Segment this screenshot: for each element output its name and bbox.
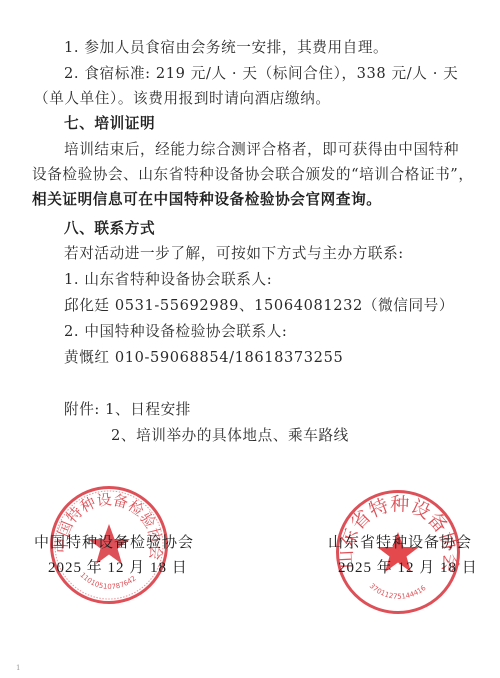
attachment-2: 2、培训举办的具体地点、乘车路线 [111,426,349,446]
signature-date-right: 2025 年 12 月 18 日 [338,556,478,577]
contact-person-2: 黄慨红 010-59068854/18618373255 [64,348,343,368]
accommodation-item-2-cont: （单人单住）。该费用报到时请向酒店缴纳。 [34,89,331,109]
attachment-1: 附件: 1、日程安排 [64,400,191,420]
seal-star-icon: 山东省特种设备协会 37011275144416 [336,490,460,614]
contact-org-1: 1. 山东省特种设备协会联系人: [64,270,272,290]
signature-org-left: 中国特种设备检验协会 [34,531,194,552]
svg-text:37011275144416: 37011275144416 [368,582,428,601]
official-seal-right: 山东省特种设备协会 37011275144416 [336,490,460,614]
page-number: 1 [16,664,20,672]
accommodation-item-1: 1. 参加人员食宿由会务统一安排，其费用自理。 [64,38,388,58]
certificate-paragraph-line-2: 设备检验协会、山东省特种设备协会联合颁发的“培训合格证书”， [32,165,474,185]
contact-person-1: 邱化廷 0531-55692989、15064081232（微信同号） [64,296,454,316]
section-heading-contact: 八、联系方式 [64,219,155,239]
signature-org-right: 山东省特种设备协会 [328,531,472,552]
section-heading-training-certificate: 七、培训证明 [64,114,155,134]
signature-date-left: 2025 年 12 月 18 日 [48,556,188,577]
accommodation-item-2: 2. 食宿标准: 219 元/人 · 天（标间合住），338 元/人 · 天 [64,64,458,84]
contact-intro: 若对活动进一步了解，可按如下方式与主办方联系: [64,244,404,264]
certificate-paragraph-line-1: 培训结束后，经能力综合测评合格者，即可获得由中国特种 [64,140,459,160]
certificate-paragraph-line-3: 相关证明信息可在中国特种设备检验协会官网查询。 [32,190,381,210]
contact-org-2: 2. 中国特种设备检验协会联系人: [64,322,287,342]
